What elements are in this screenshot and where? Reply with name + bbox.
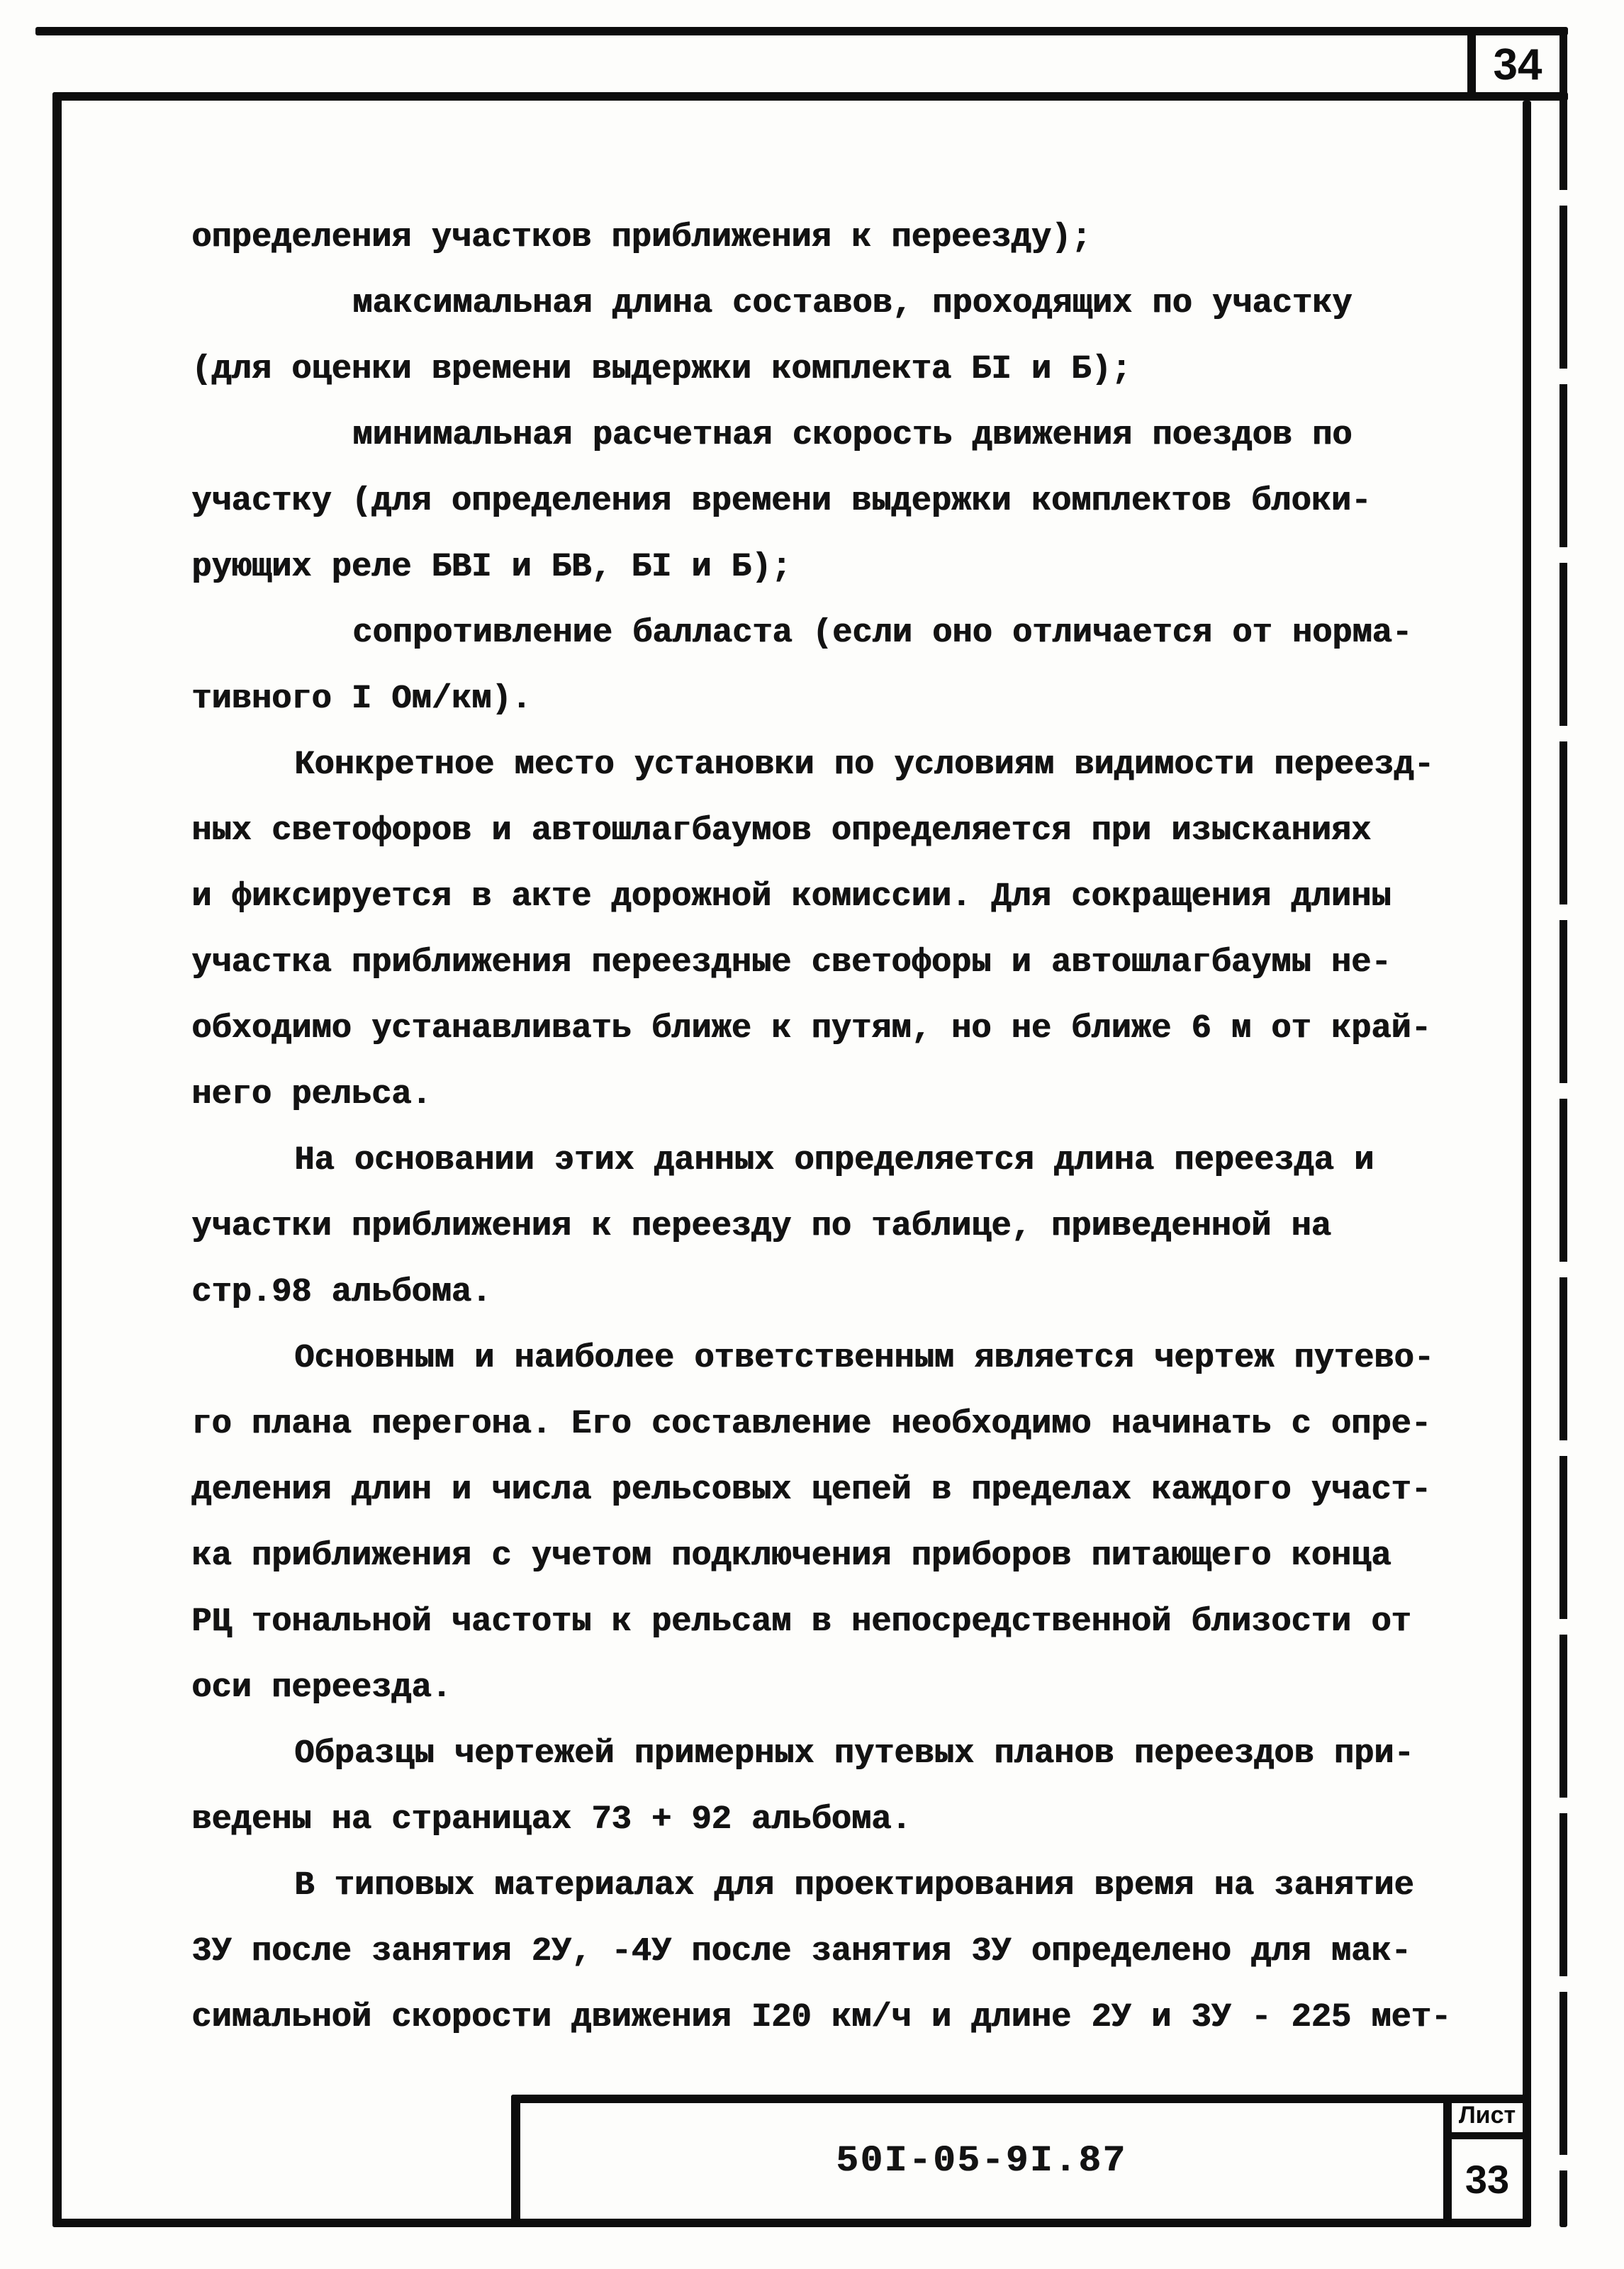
text-line: рующих реле БВI и БВ, БI и Б); bbox=[0, 534, 1624, 600]
text-line: и фиксируется в акте дорожной комиссии. … bbox=[0, 864, 1624, 930]
text-line: деления длин и числа рельсовых цепей в п… bbox=[0, 1457, 1624, 1523]
frame-bottom-border bbox=[52, 2219, 1531, 2227]
text-line: сопротивление балласта (если оно отличае… bbox=[0, 600, 1624, 666]
text-line: В типовых материалах для проектирования … bbox=[0, 1853, 1624, 1919]
sheet-label-cell: Лист bbox=[1452, 2099, 1523, 2132]
document-number-cell: 50I-05-9I.87 bbox=[520, 2103, 1443, 2219]
frame-top-border bbox=[52, 92, 1568, 101]
text-line: тивного I Ом/км). bbox=[0, 666, 1624, 732]
text-line: симальной скорости движения I20 км/ч и д… bbox=[0, 1985, 1624, 2051]
text-line: 3У после занятия 2У, -4У после занятия 3… bbox=[0, 1919, 1624, 1985]
text-line: участка приближения переездные светофоры… bbox=[0, 930, 1624, 996]
text-line: участки приближения к переезду по таблиц… bbox=[0, 1194, 1624, 1260]
sheet-label: Лист bbox=[1459, 2102, 1516, 2129]
top-rule bbox=[35, 27, 1568, 35]
title-block-top-border bbox=[511, 2095, 1531, 2103]
body-text: определения участков приближения к перее… bbox=[0, 205, 1624, 2051]
text-line: (для оценки времени выдержки комплекта Б… bbox=[0, 337, 1624, 403]
text-line: Основным и наиболее ответственным являет… bbox=[0, 1326, 1624, 1391]
page-number: 34 bbox=[1494, 40, 1542, 90]
scanned-page: 34 определения участков приближения к пе… bbox=[0, 0, 1624, 2269]
title-block-sheet-divider bbox=[1443, 2132, 1531, 2139]
sheet-number-cell: 33 bbox=[1452, 2139, 1523, 2219]
text-line: Конкретное место установки по условиям в… bbox=[0, 732, 1624, 798]
text-line: максимальная длина составов, проходящих … bbox=[0, 271, 1624, 337]
page-number-box: 34 bbox=[1476, 35, 1559, 94]
text-line: ка приближения с учетом подключения приб… bbox=[0, 1523, 1624, 1589]
text-line: На основании этих данных определяется дл… bbox=[0, 1128, 1624, 1194]
text-line: обходимо устанавливать ближе к путям, но… bbox=[0, 996, 1624, 1062]
title-block-vertical-divider bbox=[1443, 2095, 1452, 2227]
sheet-number: 33 bbox=[1465, 2156, 1509, 2202]
text-line: участку (для определения времени выдержк… bbox=[0, 469, 1624, 534]
text-line: минимальная расчетная скорость движения … bbox=[0, 403, 1624, 469]
text-line: Образцы чертежей примерных путевых плано… bbox=[0, 1721, 1624, 1787]
text-line: определения участков приближения к перее… bbox=[0, 205, 1624, 271]
text-line: ведены на страницах 73 + 92 альбома. bbox=[0, 1787, 1624, 1853]
text-line: ных светофоров и автошлагбаумов определя… bbox=[0, 798, 1624, 864]
document-number: 50I-05-9I.87 bbox=[836, 2140, 1126, 2182]
text-line: оси переезда. bbox=[0, 1655, 1624, 1721]
text-line: него рельса. bbox=[0, 1062, 1624, 1128]
text-line: РЦ тональной частоты к рельсам в непосре… bbox=[0, 1589, 1624, 1655]
page-number-box-divider bbox=[1467, 27, 1476, 101]
text-line: стр.98 альбома. bbox=[0, 1260, 1624, 1326]
text-line: го плана перегона. Его составление необх… bbox=[0, 1391, 1624, 1457]
